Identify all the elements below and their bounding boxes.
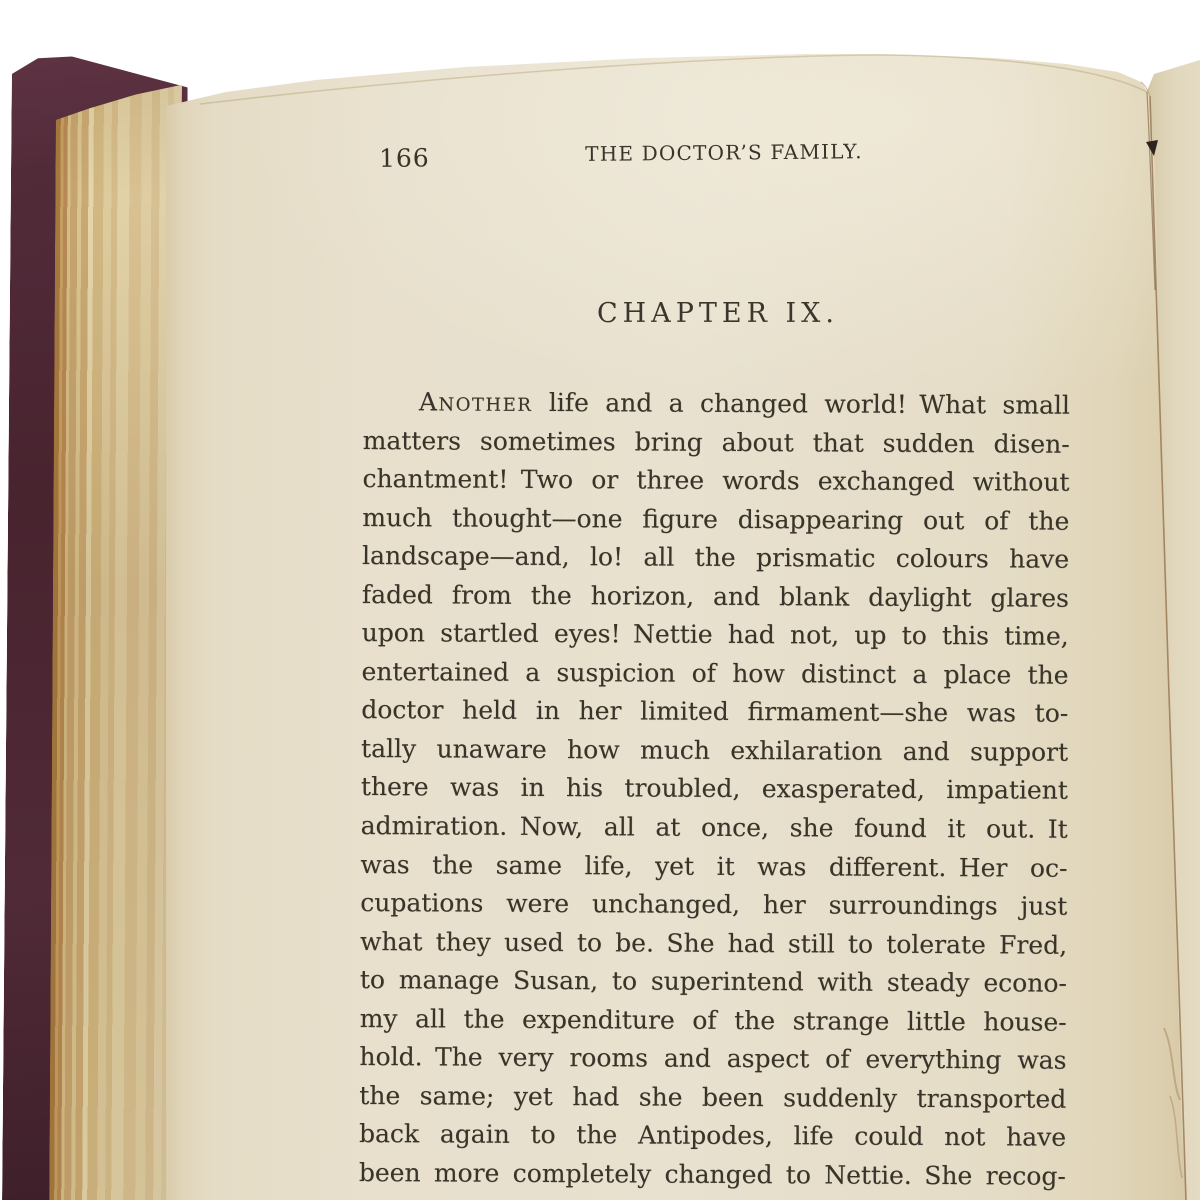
text-line: there was in his troubled, exasperated, …: [361, 768, 1068, 810]
text-line: admiration. Now, all at once, she found …: [361, 807, 1068, 849]
text-line: much thought—one figure disappearing out…: [362, 499, 1069, 541]
text-line: entertained a suspicion of how distinct …: [361, 653, 1068, 695]
smallcaps-lead: Another: [419, 387, 533, 417]
page-number: 166: [379, 145, 430, 171]
text-line: was the same life, yet it was different.…: [360, 846, 1067, 888]
text-line: what they used to be. She had still to t…: [360, 923, 1067, 965]
text-line: to manage Susan, to superintend with ste…: [360, 961, 1067, 1003]
text-line: cupations were unchanged, her surroundin…: [360, 884, 1067, 926]
body-paragraph: Another life and a changed world! What s…: [359, 383, 1070, 1196]
text-line: Another life and a changed world! What s…: [363, 383, 1070, 425]
text-line: chantment! Two or three words exchanged …: [362, 460, 1069, 502]
text-line: the same; yet had she been suddenly tran…: [359, 1077, 1066, 1119]
text-line: hold. The very rooms and aspect of every…: [359, 1038, 1066, 1080]
text-line-rest: life and a changed world! What small: [532, 388, 1070, 420]
text-line: landscape—and, lo! all the prismatic col…: [362, 537, 1069, 579]
text-line: been more completely changed to Nettie. …: [359, 1154, 1066, 1196]
page-header: 166 THE DOCTOR’S FAMILY.: [365, 136, 1071, 169]
page-content: 166 THE DOCTOR’S FAMILY. CHAPTER IX. Ano…: [0, 0, 1200, 1200]
text-line: faded from the horizon, and blank daylig…: [362, 576, 1069, 618]
running-header: THE DOCTOR’S FAMILY.: [365, 136, 1071, 169]
text-line: back again to the Antipodes, life could …: [359, 1115, 1066, 1157]
text-line: matters sometimes bring about that sudde…: [363, 422, 1070, 464]
text-line: upon startled eyes! Nettie had not, up t…: [362, 614, 1069, 656]
book-photo: 166 THE DOCTOR’S FAMILY. CHAPTER IX. Ano…: [0, 0, 1200, 1200]
text-line: tally unaware how much exhilaration and …: [361, 730, 1068, 772]
text-line: my all the expenditure of the strange li…: [360, 1000, 1067, 1042]
chapter-heading: CHAPTER IX.: [365, 298, 1071, 329]
text-line: doctor held in her limited firmament—she…: [361, 691, 1068, 733]
